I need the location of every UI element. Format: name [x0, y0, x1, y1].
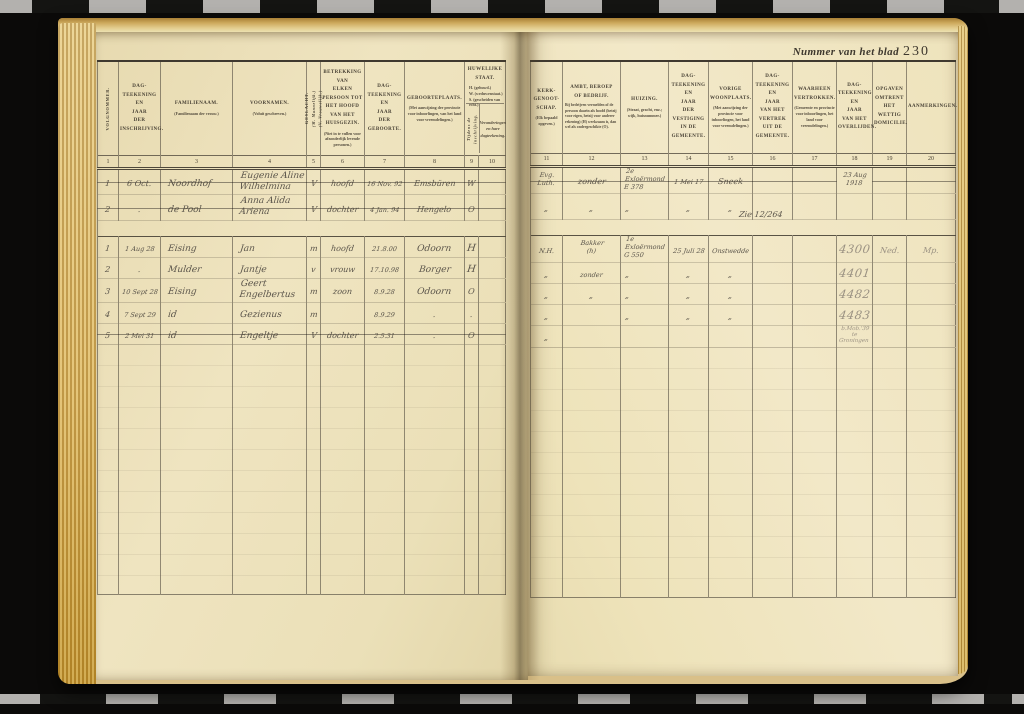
register-cell	[753, 166, 793, 194]
handwritten-text: 1 Aug 28	[124, 246, 155, 254]
register-cell	[907, 166, 956, 194]
handwritten-text: 3	[105, 287, 111, 297]
empty-grid-right	[531, 347, 956, 597]
handwritten-text: Zie 12/264	[738, 210, 783, 220]
col-number-9: 9	[465, 156, 479, 169]
col-header-7: DAG- TEEKENING EN JAAR DER GEBOORTE.	[365, 61, 405, 156]
col-header-19: OPGAVEN OMTRENT HET WETTIG DOMICILIE.	[873, 61, 907, 153]
handwritten-text: Borger	[418, 265, 451, 276]
register-cell	[709, 325, 753, 347]
col-number-10: 10	[479, 156, 506, 169]
col-header-8: GEBOORTEPLAATS.(Met aanwijzing der provi…	[405, 61, 465, 156]
register-cell	[907, 304, 956, 325]
handwritten-text: „	[589, 291, 594, 301]
register-cell: 17.10.98	[365, 258, 405, 279]
handwritten-text: 25 Juli 28	[672, 248, 705, 256]
register-cell: 2	[98, 195, 119, 221]
handwritten-text: 2.5.31	[374, 333, 396, 341]
handwritten-text: .	[433, 331, 437, 341]
register-cell: Eising	[161, 279, 233, 303]
register-book: VOLGNOMMER. DAG- TEEKENING EN JAAR DER I…	[58, 18, 968, 684]
register-cell	[321, 302, 365, 323]
handwritten-text: W	[467, 179, 476, 189]
register-cell: Bakker (h)	[563, 236, 621, 263]
handwritten-text: 4401	[838, 267, 871, 281]
register-row: 2.de PoolAnna Alida ArienaVdochter4 Jan.…	[98, 195, 506, 221]
handwritten-text: „	[728, 312, 733, 322]
register-cell: .	[465, 302, 479, 323]
handwritten-text: b.Mob.'39 te Groningen	[836, 326, 873, 344]
register-cell	[793, 262, 837, 283]
register-cell: zonder	[563, 262, 621, 283]
register-cell: „	[669, 194, 709, 220]
handwritten-text: Gezienus	[239, 310, 282, 321]
register-cell: „	[709, 262, 753, 283]
col-header-15: VORIGE WOONPLAATS.(Met aanwijzing der pr…	[709, 61, 753, 153]
register-cell: Engeltje	[233, 323, 307, 344]
col-number-8: 8	[405, 156, 465, 169]
main-entries-right: N.H.Bakker (h)1e Exloërmond G 55025 Juli…	[531, 236, 956, 348]
register-cell: Anna Alida Ariena	[233, 195, 307, 221]
handwritten-text: „	[544, 270, 549, 280]
col-header-1-title: VOLGNOMMER.	[104, 87, 111, 130]
handwritten-text: „	[624, 291, 629, 301]
register-cell: 21.8.00	[365, 237, 405, 258]
page-number-label: Nummer van het blad	[793, 46, 899, 58]
handwritten-text: id	[167, 331, 177, 342]
register-cell	[753, 325, 793, 347]
handwritten-text: V	[310, 331, 317, 341]
handwritten-text: „	[544, 312, 549, 322]
register-row: 16 Oct.NoordhofEugenie Aline WilhelminaV…	[98, 169, 506, 195]
register-cell	[873, 304, 907, 325]
col-number-12: 12	[563, 153, 621, 166]
header-row-left: VOLGNOMMER. DAG- TEEKENING EN JAAR DER I…	[98, 61, 506, 156]
register-cell: W	[465, 169, 479, 195]
register-cell: .	[119, 195, 161, 221]
register-cell: m	[307, 302, 321, 323]
handwritten-text: Evg. Luth.	[530, 172, 563, 188]
register-cell: 10 Sept 28	[119, 279, 161, 303]
register-cell: 2	[98, 258, 119, 279]
handwritten-text: Hengelo	[417, 205, 452, 215]
register-row: 2.MulderJantjevvrouw17.10.98BorgerH	[98, 258, 506, 279]
register-cell: Geert Engelbertus	[233, 279, 307, 303]
register-cell: zonder	[563, 166, 621, 194]
register-cell: 8.9.28	[365, 279, 405, 303]
color-calibration-strip-bottom	[0, 694, 1024, 704]
register-cell: Borger	[405, 258, 465, 279]
register-cell	[563, 304, 621, 325]
col-header-17: WAARHEEN VERTROKKEN.(Gemeente en provinc…	[793, 61, 837, 153]
col-number-5: 5	[307, 156, 321, 169]
register-cell	[907, 262, 956, 283]
handwritten-text: 6 Oct.	[127, 179, 153, 189]
register-cell: „	[531, 325, 563, 347]
register-cell: m	[307, 279, 321, 303]
handwritten-text: V	[310, 179, 317, 189]
col-number-6: 6	[321, 156, 365, 169]
col-header-2: DAG- TEEKENING EN JAAR DER INSCHRIJVING.	[119, 61, 161, 156]
handwritten-text: Jantje	[239, 265, 267, 276]
col-number-16: 16	[753, 153, 793, 166]
col-number-14: 14	[669, 153, 709, 166]
register-cell	[793, 166, 837, 194]
handwritten-text: 7 Sept 29	[123, 312, 156, 320]
struck-entries-left: 16 Oct.NoordhofEugenie Aline WilhelminaV…	[98, 169, 506, 221]
register-cell: id	[161, 323, 233, 344]
handwritten-text: 1	[105, 179, 111, 189]
register-cell: Eugenie Aline Wilhelmina	[233, 169, 307, 195]
handwritten-text: zonder	[580, 272, 604, 280]
col-header-20: AANMERKINGEN.	[907, 61, 956, 153]
handwritten-text: „	[728, 291, 733, 301]
col-number-11: 11	[531, 153, 563, 166]
register-cell: „	[531, 194, 563, 220]
register-row: „„„„„4482	[531, 283, 956, 304]
register-cell: „	[669, 283, 709, 304]
handwritten-text: „	[589, 204, 594, 214]
handwritten-text: v	[311, 265, 317, 275]
register-cell	[873, 166, 907, 194]
register-cell: „	[669, 262, 709, 283]
register-cell	[837, 194, 873, 220]
handwritten-text: Bakker (h)	[579, 240, 604, 256]
handwritten-text: N.H.	[538, 248, 554, 256]
register-row: 11 Aug 28EisingJanmhoofd21.8.00OdoornH	[98, 237, 506, 258]
handwritten-text: 5	[105, 331, 111, 341]
register-cell: Evg. Luth.	[531, 166, 563, 194]
handwritten-text: „	[624, 312, 629, 322]
register-cell: V	[307, 169, 321, 195]
main-entries-left: 11 Aug 28EisingJanmhoofd21.8.00OdoornH2.…	[98, 237, 506, 345]
handwritten-text: 1 Mei 17	[673, 179, 703, 187]
register-row: „zonder„„„4401	[531, 262, 956, 283]
register-cell: b.Mob.'39 te Groningen	[837, 325, 873, 347]
handwritten-text: „	[728, 270, 733, 280]
register-cell: „	[531, 262, 563, 283]
register-cell: 4483	[837, 304, 873, 325]
handwritten-text: Mulder	[167, 265, 202, 276]
register-cell: Sneek	[709, 166, 753, 194]
register-cell: „	[531, 283, 563, 304]
register-cell: 1e Exloërmond G 550	[621, 236, 669, 263]
register-cell	[479, 323, 506, 344]
col-number-13: 13	[621, 153, 669, 166]
register-cell: 1	[98, 169, 119, 195]
page-number-value: 230	[903, 44, 930, 59]
handwritten-text: „	[686, 312, 691, 322]
register-cell: Eising	[161, 237, 233, 258]
register-cell	[479, 169, 506, 195]
register-cell: „	[531, 304, 563, 325]
col-header-6: BETREKKING VAN ELKEN PERSOON TOT HET HOO…	[321, 61, 365, 156]
register-cell: Jan	[233, 237, 307, 258]
col-header-14: DAG- TEEKENING EN JAAR DER VESTIGING IN …	[669, 61, 709, 153]
register-cell: N.H.	[531, 236, 563, 263]
handwritten-text: „	[624, 204, 629, 214]
handwritten-text: vrouw	[329, 265, 355, 275]
handwritten-text: 2e Exloërmond E 378	[624, 168, 670, 191]
column-number-row-left: 1 2 3 4 5 6 7 8 9 10	[98, 156, 506, 169]
book-fore-edge-right	[958, 26, 968, 674]
handwritten-text: .	[138, 205, 142, 215]
handwritten-text: 17.10.98	[370, 267, 400, 275]
register-cell: id	[161, 302, 233, 323]
handwritten-text: 23 Aug 1918	[836, 172, 873, 188]
handwritten-text: 4	[105, 310, 111, 320]
handwritten-text: „	[544, 291, 549, 301]
register-cell	[479, 237, 506, 258]
handwritten-text: Odoorn	[417, 287, 452, 298]
register-cell: Mp.	[907, 236, 956, 263]
handwritten-text: Odoorn	[417, 244, 452, 255]
col-number-18: 18	[837, 153, 873, 166]
register-cell	[873, 325, 907, 347]
handwritten-text: 10 Sept 28	[121, 289, 158, 297]
register-cell: 4	[98, 302, 119, 323]
register-cell	[793, 194, 837, 220]
col-number-19: 19	[873, 153, 907, 166]
handwritten-text: zoon	[332, 287, 352, 297]
handwritten-text: Sneek	[717, 177, 743, 187]
handwritten-text: dochter	[326, 205, 359, 215]
handwritten-text: 2	[105, 205, 111, 215]
handwritten-text: 2	[105, 265, 111, 275]
handwritten-text: 1	[105, 244, 111, 254]
register-cell: 23 Aug 1918	[837, 166, 873, 194]
separator-row	[98, 221, 506, 237]
col-header-3: FAMILIENAAM.(Familienaam der vrouw.)	[161, 61, 233, 156]
col-number-17: 17	[793, 153, 837, 166]
page-number: Nummer van het blad230	[793, 42, 930, 60]
handwritten-text: Mp.	[922, 246, 939, 256]
register-cell	[479, 258, 506, 279]
handwritten-text: Jan	[239, 244, 255, 255]
register-cell: .	[405, 323, 465, 344]
register-cell	[793, 283, 837, 304]
register-cell	[753, 262, 793, 283]
empty-grid-left	[98, 344, 506, 594]
handwritten-text: hoofd	[330, 179, 354, 189]
register-cell	[479, 302, 506, 323]
register-cell	[793, 236, 837, 263]
handwritten-text: O	[468, 331, 476, 341]
register-cell: m	[307, 237, 321, 258]
register-cell	[753, 283, 793, 304]
handwritten-text: Onstwedde	[711, 248, 749, 256]
handwritten-text: Engeltje	[239, 331, 278, 342]
handwritten-text: Emsbüren	[413, 179, 456, 189]
register-cell	[753, 304, 793, 325]
register-cell: „	[709, 304, 753, 325]
register-cell: 2e Exloërmond E 378	[621, 166, 669, 194]
color-calibration-strip-top	[0, 0, 1024, 13]
register-cell: Zie 12/264	[753, 194, 793, 220]
handwritten-text: m	[309, 310, 318, 320]
register-cell: „	[563, 283, 621, 304]
register-cell: 16 Nov. 92	[365, 169, 405, 195]
register-row: 310 Sept 28EisingGeert Engelbertusmzoon8…	[98, 279, 506, 303]
register-cell: Odoorn	[405, 279, 465, 303]
col-number-2: 2	[119, 156, 161, 169]
handwritten-text: 4483	[838, 309, 871, 323]
handwritten-text: 4482	[838, 288, 871, 302]
handwritten-text: m	[309, 287, 318, 297]
register-cell: 1 Mei 17	[669, 166, 709, 194]
register-cell: „	[621, 304, 669, 325]
group-title: HUWELIJKE STAAT.	[467, 66, 503, 83]
register-cell	[479, 279, 506, 303]
register-cell: H	[465, 258, 479, 279]
register-row: Evg. Luth.zonder2e Exloërmond E 3781 Mei…	[531, 166, 956, 194]
struck-entries-right: Evg. Luth.zonder2e Exloërmond E 3781 Mei…	[531, 166, 956, 220]
scanned-register-photo: VOLGNOMMER. DAG- TEEKENING EN JAAR DER I…	[0, 0, 1024, 714]
register-cell: „	[563, 194, 621, 220]
col-number-3: 3	[161, 156, 233, 169]
register-cell: 4482	[837, 283, 873, 304]
handwritten-text: V	[310, 205, 317, 215]
register-cell: Gezienus	[233, 302, 307, 323]
register-table-right: KERK- GENOOT- SCHAP.(Elk bepaald opgeven…	[530, 60, 956, 598]
register-cell: de Pool	[161, 195, 233, 221]
register-cell: 25 Juli 28	[669, 236, 709, 263]
register-cell: Mulder	[161, 258, 233, 279]
register-cell: H	[465, 237, 479, 258]
register-cell: .	[119, 258, 161, 279]
register-row: „b.Mob.'39 te Groningen	[531, 325, 956, 347]
register-cell: 4300	[837, 236, 873, 263]
register-cell: zoon	[321, 279, 365, 303]
register-cell: Odoorn	[405, 237, 465, 258]
register-cell	[479, 195, 506, 221]
handwritten-text: .	[470, 310, 474, 320]
handwritten-text: „	[686, 270, 691, 280]
register-cell	[907, 283, 956, 304]
register-cell: Onstwedde	[709, 236, 753, 263]
register-cell: Ned.	[873, 236, 907, 263]
handwritten-text: „	[544, 204, 549, 214]
handwritten-text: Noordhof	[167, 179, 212, 190]
col-number-15: 15	[709, 153, 753, 166]
register-cell: „	[669, 304, 709, 325]
register-cell: Hengelo	[405, 195, 465, 221]
handwritten-text: .	[138, 265, 142, 275]
separator-row	[531, 220, 956, 236]
register-cell: 7 Sept 29	[119, 302, 161, 323]
handwritten-text: 1e Exloërmond G 550	[624, 236, 670, 259]
register-table-left: VOLGNOMMER. DAG- TEEKENING EN JAAR DER I…	[97, 60, 506, 595]
register-cell: O	[465, 323, 479, 344]
register-cell: 8.9.29	[365, 302, 405, 323]
register-row: „„„„„Zie 12/264	[531, 194, 956, 220]
register-cell	[907, 194, 956, 220]
handwritten-text: „	[686, 204, 691, 214]
col-header-18: DAG- TEEKENING EN JAAR VAN HET OVERLIJDE…	[837, 61, 873, 153]
register-cell	[621, 325, 669, 347]
register-cell	[907, 325, 956, 347]
handwritten-text: 4300	[838, 243, 871, 257]
handwritten-text: Anna Alida Ariena	[239, 196, 291, 218]
register-cell	[753, 236, 793, 263]
register-cell: V	[307, 195, 321, 221]
register-cell: dochter	[321, 195, 365, 221]
col-header-4: VOORNAMEN.(Voluit geschreven.)	[233, 61, 307, 156]
book-fore-edge-left	[58, 23, 96, 684]
handwritten-text: H	[466, 243, 476, 255]
register-cell: 4401	[837, 262, 873, 283]
handwritten-text: O	[468, 205, 476, 215]
handwritten-text: zonder	[577, 177, 606, 187]
column-number-row-right: 11 12 13 14 15 16 17 18 19 20	[531, 153, 956, 166]
left-page: VOLGNOMMER. DAG- TEEKENING EN JAAR DER I…	[96, 32, 528, 680]
handwritten-text: Geert Engelbertus	[239, 279, 308, 301]
handwritten-text: 16 Nov. 92	[366, 181, 402, 189]
col-header-10: Veranderingen en hare dagteekening.	[480, 104, 506, 153]
handwritten-text: Eising	[167, 244, 197, 255]
handwritten-text: Eising	[167, 287, 197, 298]
register-cell	[873, 194, 907, 220]
register-cell	[873, 283, 907, 304]
register-cell: 5	[98, 323, 119, 344]
register-cell: .	[405, 302, 465, 323]
register-cell: 3	[98, 279, 119, 303]
handwritten-text: m	[309, 244, 318, 254]
handwritten-text: Eugenie Aline Wilhelmina	[239, 171, 305, 193]
handwritten-text: .	[433, 310, 437, 320]
register-row: N.H.Bakker (h)1e Exloërmond G 55025 Juli…	[531, 236, 956, 263]
col-number-7: 7	[365, 156, 405, 169]
register-cell: „	[621, 194, 669, 220]
handwritten-text: dochter	[326, 331, 359, 341]
register-cell: „	[621, 283, 669, 304]
register-cell: 1	[98, 237, 119, 258]
handwritten-text: „	[728, 204, 733, 214]
register-cell: „	[709, 283, 753, 304]
header-row-right: KERK- GENOOT- SCHAP.(Elk bepaald opgeven…	[531, 61, 956, 153]
handwritten-text: „	[544, 333, 549, 343]
register-cell: 2.5.31	[365, 323, 405, 344]
handwritten-text: 8.9.28	[374, 289, 396, 297]
col-number-4: 4	[233, 156, 307, 169]
register-cell: O	[465, 195, 479, 221]
col-header-13: HUIZING.(Straat, gracht, enz.; wijk, hui…	[621, 61, 669, 153]
col-header-1: VOLGNOMMER.	[98, 61, 119, 156]
col-header-16: DAG- TEEKENING EN JAAR VAN HET VERTREK U…	[753, 61, 793, 153]
register-row: 47 Sept 29idGezienusm8.9.29..	[98, 302, 506, 323]
register-cell	[563, 325, 621, 347]
handwritten-text: O	[468, 287, 476, 297]
handwritten-text: 21.8.00	[372, 246, 398, 254]
register-cell	[873, 262, 907, 283]
handwritten-text: hoofd	[330, 244, 354, 254]
register-row: „„„„4483	[531, 304, 956, 325]
register-row: 52 Mei 31idEngeltjeVdochter2.5.31.O	[98, 323, 506, 344]
register-cell: 2 Mei 31	[119, 323, 161, 344]
handwritten-text: 8.9.29	[374, 312, 396, 320]
register-cell: hoofd	[321, 169, 365, 195]
handwritten-text: „	[686, 291, 691, 301]
register-cell: Jantje	[233, 258, 307, 279]
register-cell: 1 Aug 28	[119, 237, 161, 258]
handwritten-text: de Pool	[167, 205, 202, 216]
register-cell: V	[307, 323, 321, 344]
col-header-5: GESLACHT.(M. Mannelijk.) (V. Vrouwelijk.…	[307, 61, 321, 156]
handwritten-text: „	[624, 270, 629, 280]
col-header-11: KERK- GENOOT- SCHAP.(Elk bepaald opgeven…	[531, 61, 563, 153]
register-cell	[669, 325, 709, 347]
handwritten-text: H	[466, 264, 476, 276]
